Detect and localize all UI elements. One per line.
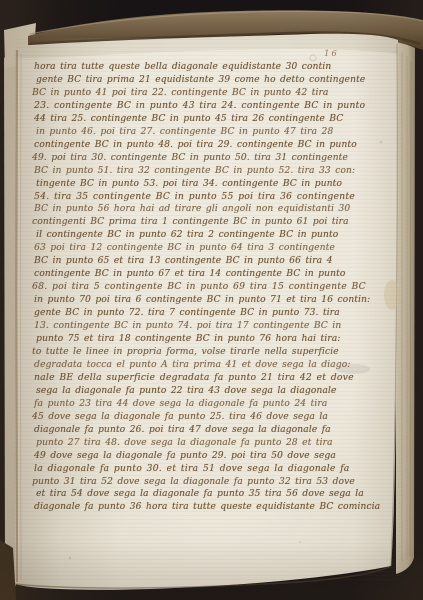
facing-page-sliver — [4, 50, 16, 586]
manuscript-line: 54. tira 35 contingente BC in punto 55 p… — [34, 191, 368, 204]
gutter-line — [16, 50, 17, 582]
manuscript-line: hora tira tutte queste bella diagonale e… — [34, 61, 368, 74]
manuscript-line: contingente BC in punto 67 et tira 14 co… — [34, 268, 368, 281]
manuscript-line: contingente BC in punto 48. poi tira 29.… — [34, 139, 368, 152]
manuscript-line: diagonale fa punto 36 hora tira tutte qu… — [34, 501, 368, 514]
edge-stain — [384, 280, 400, 310]
manuscript-line: punto 75 et tira 18 contingente BC in pu… — [36, 333, 368, 346]
manuscript-line: la diagonale fa punto 30. et tira 51 dov… — [34, 463, 368, 476]
manuscript-line: in punto 46. poi tira 27. contingente BC… — [36, 126, 368, 139]
manuscript-line: nale BE della superficie degradata fa pu… — [34, 372, 368, 385]
fox-spot — [299, 541, 301, 543]
fox-spot — [380, 141, 383, 144]
manuscript-line: punto 31 tira 52 dove sega la diagonale … — [32, 476, 368, 489]
manuscript-line: BC in punto 51. tira 32 contingente BC i… — [34, 165, 368, 178]
manuscript-line: tingente BC in punto 53. poi tira 34. co… — [36, 178, 368, 191]
fox-spot — [69, 557, 71, 559]
page-number: 16 — [324, 49, 339, 59]
manuscript-line: BC in punto 56 hora hai ad tirare gli an… — [34, 203, 368, 216]
manuscript-line: 49 dove sega la diagonale fa punto 29. p… — [34, 450, 368, 463]
manuscript-text-block: hora tira tutte queste bella diagonale e… — [34, 61, 368, 514]
manuscript-line: to tutte le linee in propria forma, vols… — [32, 346, 368, 359]
manuscript-line: 49. poi tira 30. contingente BC in punto… — [32, 152, 368, 165]
manuscript-line: il contingente BC in punto 62 tira 2 con… — [36, 229, 368, 242]
manuscript-line: 44 tira 25. contingente BC in punto 45 t… — [34, 113, 368, 126]
manuscript-line: 13. contingente BC in punto 74. poi tira… — [34, 320, 368, 333]
manuscript-line: 68. poi tira 5 contingente BC in punto 6… — [32, 281, 368, 294]
manuscript-line: et tira 54 dove sega la diagonale fa pun… — [36, 488, 368, 501]
manuscript-line: BC in punto 65 et tira 13 contingente BC… — [34, 255, 368, 268]
manuscript-line: 45 dove sega la diagonale fa punto 25. t… — [32, 411, 368, 424]
manuscript-line: 63 poi tira 12 contingente BC in punto 6… — [34, 242, 368, 255]
manuscript-line: sega la diagonale fa punto 22 tira 43 do… — [36, 385, 368, 398]
manuscript-line: contingenti BC prima tira 1 contingente … — [32, 216, 368, 229]
manuscript-line: in punto 70 poi tira 6 contingente BC in… — [34, 294, 368, 307]
manuscript-line: diagonale fa punto 26. poi tira 47 dove … — [34, 424, 368, 437]
manuscript-line: BC in punto 41 poi tira 22. contingente … — [32, 87, 368, 100]
fore-edge-stack — [396, 40, 415, 574]
manuscript-line: 23. contingente BC in punto 43 tira 24. … — [34, 100, 368, 113]
manuscript-photo: 16 hora tira tutte queste bella diagonal… — [0, 0, 423, 600]
manuscript-line: fa punto 23 tira 44 dove sega la diagona… — [34, 398, 368, 411]
manuscript-line: degradata tocca el punto A tira prima 41… — [34, 359, 368, 372]
manuscript-line: gente BC tira prima 21 equidistante 39 c… — [36, 74, 368, 87]
manuscript-line: gente BC in punto 72. tira 7 contingente… — [34, 307, 368, 320]
manuscript-line: punto 27 tira 48. dove sega la diagonale… — [36, 437, 368, 450]
